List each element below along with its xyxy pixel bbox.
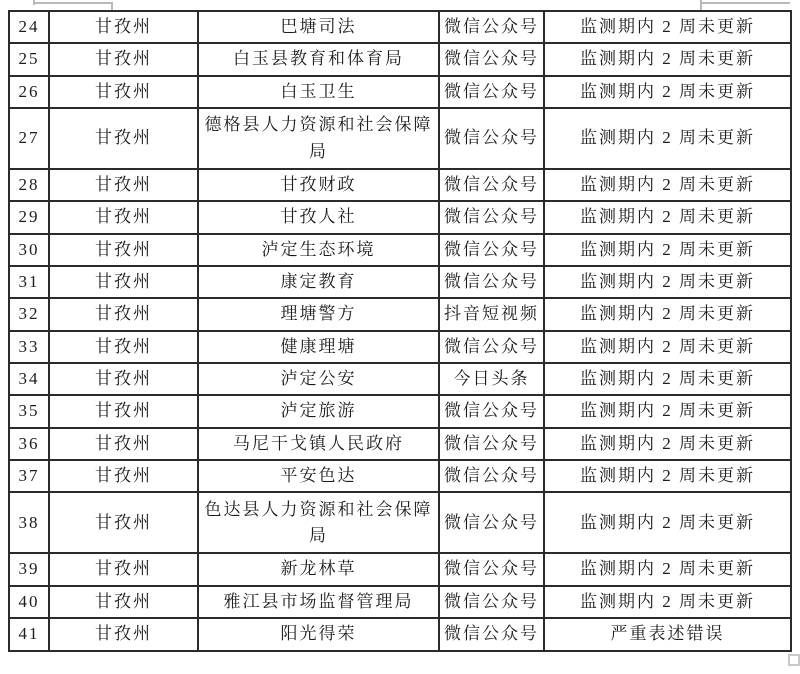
status-cell: 严重表述错误 — [544, 618, 791, 650]
row-number-cell: 38 — [9, 492, 49, 553]
table-row: 41甘孜州阳光得荣微信公众号严重表述错误 — [9, 618, 791, 650]
platform-cell: 微信公众号 — [439, 43, 544, 75]
table-resize-handle[interactable] — [788, 654, 800, 666]
region-cell: 甘孜州 — [49, 553, 198, 585]
row-number-cell: 34 — [9, 363, 49, 395]
region-cell: 甘孜州 — [49, 76, 198, 108]
row-number-cell: 29 — [9, 201, 49, 233]
row-number-cell: 25 — [9, 43, 49, 75]
status-cell: 监测期内 2 周未更新 — [544, 108, 791, 169]
account-name-cell: 泸定生态环境 — [198, 234, 439, 266]
table-row: 38甘孜州色达县人力资源和社会保障 局微信公众号监测期内 2 周未更新 — [9, 492, 791, 553]
row-number-cell: 28 — [9, 169, 49, 201]
table-row: 34甘孜州泸定公安今日头条监测期内 2 周未更新 — [9, 363, 791, 395]
row-number-cell: 26 — [9, 76, 49, 108]
platform-cell: 微信公众号 — [439, 618, 544, 650]
status-cell: 监测期内 2 周未更新 — [544, 395, 791, 427]
table-row: 35甘孜州泸定旅游微信公众号监测期内 2 周未更新 — [9, 395, 791, 427]
status-cell: 监测期内 2 周未更新 — [544, 201, 791, 233]
account-name-cell: 甘孜财政 — [198, 169, 439, 201]
status-cell: 监测期内 2 周未更新 — [544, 460, 791, 492]
account-name-cell: 泸定旅游 — [198, 395, 439, 427]
row-number-cell: 27 — [9, 108, 49, 169]
region-cell: 甘孜州 — [49, 586, 198, 618]
table-row: 33甘孜州健康理塘微信公众号监测期内 2 周未更新 — [9, 331, 791, 363]
table-row: 24甘孜州巴塘司法微信公众号监测期内 2 周未更新 — [9, 11, 791, 43]
status-cell: 监测期内 2 周未更新 — [544, 331, 791, 363]
platform-cell: 微信公众号 — [439, 201, 544, 233]
platform-cell: 今日头条 — [439, 363, 544, 395]
platform-cell: 微信公众号 — [439, 266, 544, 298]
region-cell: 甘孜州 — [49, 266, 198, 298]
table-row: 31甘孜州康定教育微信公众号监测期内 2 周未更新 — [9, 266, 791, 298]
row-number-cell: 36 — [9, 428, 49, 460]
row-number-cell: 35 — [9, 395, 49, 427]
platform-cell: 微信公众号 — [439, 234, 544, 266]
platform-cell: 微信公众号 — [439, 108, 544, 169]
region-cell: 甘孜州 — [49, 492, 198, 553]
status-cell: 监测期内 2 周未更新 — [544, 76, 791, 108]
platform-cell: 微信公众号 — [439, 428, 544, 460]
region-cell: 甘孜州 — [49, 428, 198, 460]
platform-cell: 微信公众号 — [439, 395, 544, 427]
account-name-cell: 新龙林草 — [198, 553, 439, 585]
monitoring-table-body: 24甘孜州巴塘司法微信公众号监测期内 2 周未更新25甘孜州白玉县教育和体育局微… — [9, 11, 791, 651]
platform-cell: 抖音短视频 — [439, 298, 544, 330]
table-row: 25甘孜州白玉县教育和体育局微信公众号监测期内 2 周未更新 — [9, 43, 791, 75]
status-cell: 监测期内 2 周未更新 — [544, 586, 791, 618]
row-number-cell: 31 — [9, 266, 49, 298]
table-row: 40甘孜州雅江县市场监督管理局微信公众号监测期内 2 周未更新 — [9, 586, 791, 618]
account-name-cell: 康定教育 — [198, 266, 439, 298]
status-cell: 监测期内 2 周未更新 — [544, 234, 791, 266]
table-row: 39甘孜州新龙林草微信公众号监测期内 2 周未更新 — [9, 553, 791, 585]
table-row: 29甘孜州甘孜人社微信公众号监测期内 2 周未更新 — [9, 201, 791, 233]
row-number-cell: 32 — [9, 298, 49, 330]
row-number-cell: 37 — [9, 460, 49, 492]
account-name-cell: 健康理塘 — [198, 331, 439, 363]
row-number-cell: 40 — [9, 586, 49, 618]
row-number-cell: 33 — [9, 331, 49, 363]
status-cell: 监测期内 2 周未更新 — [544, 553, 791, 585]
account-name-cell: 德格县人力资源和社会保障 局 — [198, 108, 439, 169]
status-cell: 监测期内 2 周未更新 — [544, 266, 791, 298]
status-cell: 监测期内 2 周未更新 — [544, 492, 791, 553]
region-cell: 甘孜州 — [49, 363, 198, 395]
status-cell: 监测期内 2 周未更新 — [544, 169, 791, 201]
region-cell: 甘孜州 — [49, 618, 198, 650]
platform-cell: 微信公众号 — [439, 492, 544, 553]
table-row: 26甘孜州白玉卫生微信公众号监测期内 2 周未更新 — [9, 76, 791, 108]
platform-cell: 微信公众号 — [439, 553, 544, 585]
region-cell: 甘孜州 — [49, 201, 198, 233]
region-cell: 甘孜州 — [49, 43, 198, 75]
table-row: 36甘孜州马尼干戈镇人民政府微信公众号监测期内 2 周未更新 — [9, 428, 791, 460]
row-number-cell: 39 — [9, 553, 49, 585]
status-cell: 监测期内 2 周未更新 — [544, 298, 791, 330]
region-cell: 甘孜州 — [49, 395, 198, 427]
status-cell: 监测期内 2 周未更新 — [544, 43, 791, 75]
platform-cell: 微信公众号 — [439, 11, 544, 43]
table-row: 28甘孜州甘孜财政微信公众号监测期内 2 周未更新 — [9, 169, 791, 201]
account-name-cell: 白玉县教育和体育局 — [198, 43, 439, 75]
status-cell: 监测期内 2 周未更新 — [544, 428, 791, 460]
monitoring-table: 24甘孜州巴塘司法微信公众号监测期内 2 周未更新25甘孜州白玉县教育和体育局微… — [8, 10, 792, 652]
row-number-cell: 24 — [9, 11, 49, 43]
status-cell: 监测期内 2 周未更新 — [544, 11, 791, 43]
platform-cell: 微信公众号 — [439, 586, 544, 618]
table-row: 27甘孜州德格县人力资源和社会保障 局微信公众号监测期内 2 周未更新 — [9, 108, 791, 169]
account-name-cell: 色达县人力资源和社会保障 局 — [198, 492, 439, 553]
platform-cell: 微信公众号 — [439, 460, 544, 492]
status-cell: 监测期内 2 周未更新 — [544, 363, 791, 395]
region-cell: 甘孜州 — [49, 298, 198, 330]
account-name-cell: 阳光得荣 — [198, 618, 439, 650]
region-cell: 甘孜州 — [49, 460, 198, 492]
account-name-cell: 理塘警方 — [198, 298, 439, 330]
account-name-cell: 平安色达 — [198, 460, 439, 492]
region-cell: 甘孜州 — [49, 108, 198, 169]
region-cell: 甘孜州 — [49, 11, 198, 43]
region-cell: 甘孜州 — [49, 331, 198, 363]
region-cell: 甘孜州 — [49, 234, 198, 266]
account-name-cell: 马尼干戈镇人民政府 — [198, 428, 439, 460]
table-row: 37甘孜州平安色达微信公众号监测期内 2 周未更新 — [9, 460, 791, 492]
platform-cell: 微信公众号 — [439, 76, 544, 108]
account-name-cell: 雅江县市场监督管理局 — [198, 586, 439, 618]
platform-cell: 微信公众号 — [439, 169, 544, 201]
cropped-border-artifact — [33, 2, 113, 4]
account-name-cell: 白玉卫生 — [198, 76, 439, 108]
account-name-cell: 泸定公安 — [198, 363, 439, 395]
account-name-cell: 甘孜人社 — [198, 201, 439, 233]
table-row: 32甘孜州理塘警方抖音短视频监测期内 2 周未更新 — [9, 298, 791, 330]
table-row: 30甘孜州泸定生态环境微信公众号监测期内 2 周未更新 — [9, 234, 791, 266]
cropped-border-artifact — [700, 2, 790, 4]
row-number-cell: 41 — [9, 618, 49, 650]
region-cell: 甘孜州 — [49, 169, 198, 201]
platform-cell: 微信公众号 — [439, 331, 544, 363]
document-page: 24甘孜州巴塘司法微信公众号监测期内 2 周未更新25甘孜州白玉县教育和体育局微… — [0, 0, 800, 674]
account-name-cell: 巴塘司法 — [198, 11, 439, 43]
row-number-cell: 30 — [9, 234, 49, 266]
